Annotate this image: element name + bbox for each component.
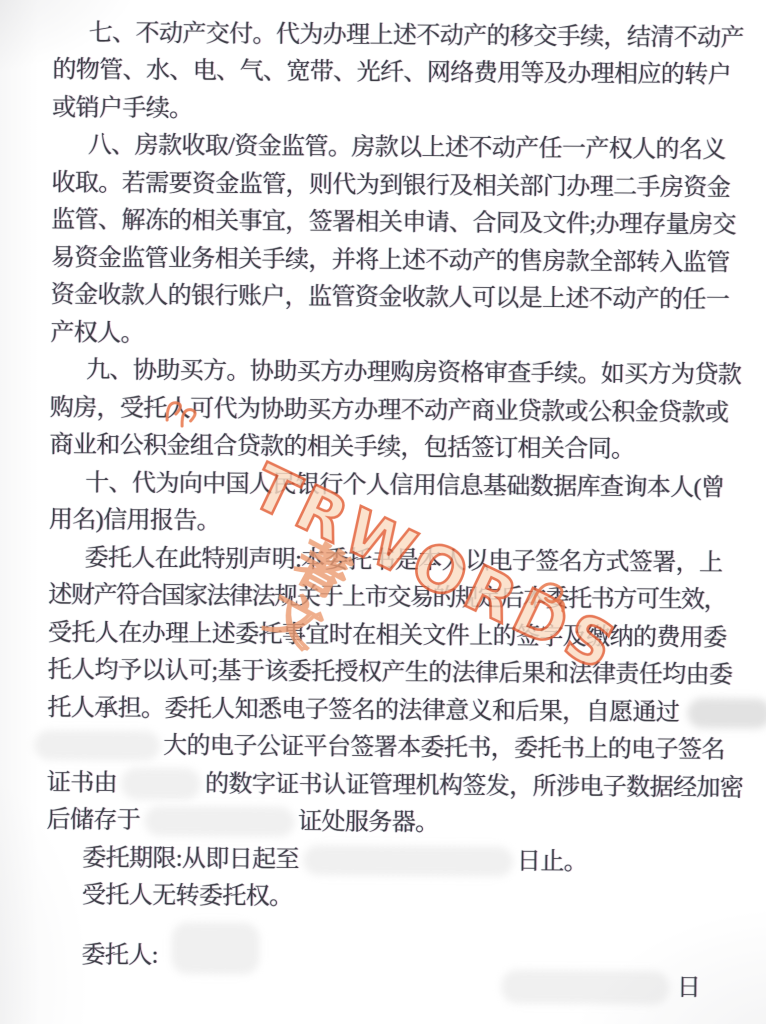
line-text: 监管、解冻的相关事宜，签署相关申请、合同及文件;办理存量房交 [51, 201, 736, 244]
document-line: 托人均予以认可;基于该委托授权产生的法律后果和法律责任均由委 [48, 651, 733, 694]
redaction-blur [687, 698, 766, 729]
redaction-blur [144, 806, 294, 837]
line-text: 后储存于 [46, 801, 140, 840]
line-text: 商业和公积金组合贷款的相关手续，包括签订相关合同。 [49, 426, 634, 469]
scanned-sheet: 七、不动产交付。代为办理上述不动产的移交手续，结清不动产 的物管、水、电、气、宽… [0, 0, 766, 1024]
document-line: 受托人无转委托权。 [46, 876, 293, 916]
line-text: 或销户手续。 [52, 89, 193, 128]
document-line: 商业和公积金组合贷款的相关手续，包括签订相关合同。 [49, 426, 634, 469]
line-text: 的电子公证平台签署本委托书，委托书上的电子签名 [186, 727, 724, 769]
redaction-blur [303, 845, 513, 877]
line-text: 委托期限:从即日起至 [82, 839, 299, 879]
document-line: 八、房款收取/资金监管。房款以上述不动产任一产权人的名义 [52, 126, 726, 169]
line-text: 用名)信用报告。 [49, 501, 220, 540]
redaction-blur-signature [172, 922, 260, 975]
document-line: 的物管、水、电、气、宽带、光纤、网络费用等及办理相应的转户 [52, 51, 731, 94]
line-text: 九、协助买方。协助买方办理购房资格审查手续。如买方为贷款 [86, 351, 741, 394]
line-text: 七、不动产交付。代为办理上述不动产的移交手续，结清不动产 [89, 14, 744, 57]
line-text: 产权人。 [50, 314, 144, 353]
document-page: 七、不动产交付。代为办理上述不动产的移交手续，结清不动产 的物管、水、电、气、宽… [0, 0, 766, 1024]
line-text: 受托人无转委托权。 [82, 876, 293, 916]
redaction-blur [121, 768, 201, 801]
document-line: 委托期限:从即日起至 日止。 [46, 839, 587, 881]
document-line: 监管、解冻的相关事宜，签署相关申请、合同及文件;办理存量房交 [51, 201, 736, 244]
redaction-blur [34, 730, 160, 761]
watermark-squiggle-icon [525, 574, 573, 618]
line-text: 八、房款收取/资金监管。房款以上述不动产任一产权人的名义 [88, 126, 726, 169]
line-text: 托人承担。委托人知悉电子签名的法律意义和后果，自愿通过 [47, 689, 679, 732]
document-line: 委托人: [45, 936, 260, 976]
document-line-date: 日 [501, 968, 701, 1008]
principal-label: 委托人: [81, 936, 158, 975]
line-text: 证书由 [47, 764, 117, 803]
document-line: 产权人。 [50, 314, 144, 353]
document-line: 用名)信用报告。 [49, 501, 220, 540]
line-text: 的物管、水、电、气、宽带、光纤、网络费用等及办理相应的转户 [52, 51, 731, 94]
redaction-blur-date [501, 970, 669, 1005]
line-text: 十、代为向中国人民银行个人信用信息基础数据库查询本人(曾 [85, 464, 724, 507]
line-text: 托人均予以认可;基于该委托授权产生的法律后果和法律责任均由委 [48, 651, 733, 694]
line-text: 日止。 [517, 843, 587, 882]
line-text: 的数字证书认证管理机构签发，所涉电子数据经加密 [205, 765, 743, 807]
document-line: 资金收款人的银行账户，监管资金收款人可以是上述不动产的任一 [51, 276, 730, 319]
document-line: 后储存于 证处服务器。 [46, 801, 438, 842]
partial-char: 大 [163, 727, 187, 765]
document-line: 大 的电子公证平台签署本委托书，委托书上的电子签名 [34, 726, 725, 769]
document-line: 九、协助买方。协助买方办理购房资格审查手续。如买方为贷款 [50, 351, 741, 394]
line-text: 证处服务器。 [298, 803, 439, 842]
line-text: 资金收款人的银行账户，监管资金收款人可以是上述不动产的任一 [51, 276, 730, 319]
date-suffix: 日 [677, 969, 701, 1007]
document-line: 或销户手续。 [52, 89, 193, 128]
